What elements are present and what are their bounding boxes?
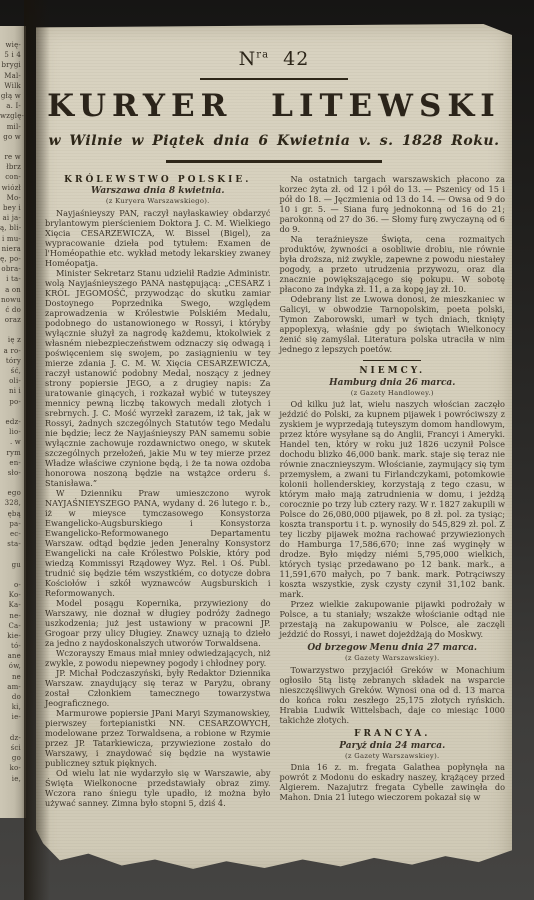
paragraph: Model posągu Kopernika, przywieziony do … [45, 598, 271, 648]
menu-paragraphs: Towarzystwo przyjaciół Greków w Monachiu… [280, 665, 506, 725]
newspaper-page: Nra 42 KURYER LITEWSKI w Wilnie w Piątek… [36, 24, 512, 874]
paragraph: Towarzystwo przyjaciół Greków w Monachiu… [280, 665, 506, 725]
adjacent-page-fragment: gu [0, 560, 26, 570]
adjacent-page-fragment: bey i [0, 203, 26, 213]
newspaper-title: KURYER LITEWSKI [36, 88, 512, 124]
paragraph: Od wielu lat nie wydarzyło się w Warszaw… [45, 768, 271, 808]
adjacent-page-fragment [0, 407, 26, 417]
adjacent-page-fragment [0, 723, 26, 733]
adjacent-page-fragment: ę, po- [0, 254, 26, 264]
warsaw-source-note: (z Kuryera Warszawskiego). [45, 197, 271, 205]
paragraph: Na ostatnich targach warszawskich płacon… [280, 174, 506, 234]
adjacent-page-fragment: ec- [0, 529, 26, 539]
adjacent-page-fragment: ie, [0, 774, 26, 784]
adjacent-page-fragment [0, 325, 26, 335]
adjacent-page-fragment: wię- [0, 40, 26, 50]
hamburg-source-note: (z Gazety Handlowey.) [280, 389, 506, 397]
adjacent-page-fragment: Mal- [0, 71, 26, 81]
paragraph: Wczorayszy Emaus miał mniey odwiedzający… [45, 648, 271, 668]
adjacent-page-fragment: pa- [0, 519, 26, 529]
adjacent-page-fragment: ko- [0, 763, 26, 773]
adjacent-page-fragment: mil- [0, 122, 26, 132]
germany-paragraphs: Od kilku już lat, wielu naszych włościan… [280, 399, 506, 639]
adjacent-page-fragment: a ro- [0, 346, 26, 356]
adjacent-page-fragment [0, 549, 26, 559]
adjacent-page-fragment: ego [0, 488, 26, 498]
adjacent-page-fragment: sta- [0, 539, 26, 549]
adjacent-page-fragment: ie- [0, 712, 26, 722]
adjacent-page-fragment: ane [0, 651, 26, 661]
adjacent-page-fragment [0, 478, 26, 488]
adjacent-page-fragment: tóry [0, 356, 26, 366]
adjacent-page-fragment: ść, [0, 366, 26, 376]
spacer [280, 725, 506, 728]
issue-number: Nra 42 [36, 48, 512, 70]
paragraph: Marmurowe popiersie JPani Maryi Szymanow… [45, 708, 271, 768]
adjacent-page-fragment: do [0, 692, 26, 702]
adjacent-page-fragment: kie- [0, 631, 26, 641]
adjacent-page-fragment: go w [0, 132, 26, 142]
spacer [280, 639, 506, 642]
adjacent-page-fragment: ne- [0, 611, 26, 621]
adjacent-page-fragment: i mu- [0, 234, 26, 244]
right-column: Na ostatnich targach warszawskich płacon… [280, 174, 506, 808]
adjacent-page-fragment: brygi [0, 60, 26, 70]
paragraph: JP. Michał Podczaszyński, były Redaktor … [45, 668, 271, 708]
adjacent-page-fragment: ki, [0, 702, 26, 712]
adjacent-page-fragment: sło- [0, 468, 26, 478]
adjacent-page-fragment: Ka- [0, 600, 26, 610]
menu-dateline: Od brzegow Menu dnia 27 marca. [280, 643, 506, 654]
adjacent-page-fragment: ębą [0, 509, 26, 519]
adjacent-page-fragment: go [0, 753, 26, 763]
adjacent-page-fragment: wzglę- [0, 111, 26, 121]
paragraph: Minister Sekretarz Stanu udzielił Radzie… [45, 268, 271, 488]
paragraph: Na teraźnieysze Święta, cena rozmaitych … [280, 234, 506, 294]
paragraph: W Dzienniku Praw umieszczono wyrok NAYJA… [45, 488, 271, 598]
adjacent-page-fragment: i ta- [0, 274, 26, 284]
adjacent-page-strip: wię-5 i 4brygiMal-Wilkgłą wa. I-wzglę-mi… [0, 26, 26, 818]
paragraph: Od kilku już lat, wielu naszych włościan… [280, 399, 506, 599]
adjacent-page-fragment: lio- [0, 427, 26, 437]
paragraph: Odebrany list ze Lwowa donosi, że mieszk… [280, 294, 506, 354]
article-columns: KRÓLEWSTWO POLSKIE. Warszawa dnia 8 kwie… [36, 163, 512, 808]
adjacent-page-fragment: re w [0, 152, 26, 162]
issue-prefix: N [239, 48, 257, 70]
adjacent-page-fragment: edz- [0, 417, 26, 427]
masthead-dateline: w Wilnie w Piątek dnia 6 Kwietnia v. s. … [36, 133, 512, 149]
adjacent-page-fragment: obra- [0, 264, 26, 274]
france-paragraphs: Dnia 16 z. m. fregata Galathea popłynęła… [280, 762, 506, 802]
adjacent-page-fragment: ne [0, 672, 26, 682]
adjacent-page-fragment: a. I- [0, 101, 26, 111]
paragraph: Nayjaśnieyszy PAN, raczył nayłaskawiey o… [45, 208, 271, 268]
adjacent-page-fragment: en- [0, 458, 26, 468]
adjacent-page-fragment: ię z [0, 335, 26, 345]
warsaw-dateline: Warszawa dnia 8 kwietnia. [45, 186, 271, 197]
adjacent-page-fragment: niera [0, 244, 26, 254]
paris-source-note: (z Gazety Warszawskiey). [280, 752, 506, 760]
adjacent-page-fragment: ą, bli- [0, 223, 26, 233]
section-heading-france: FRANCYA. [280, 729, 506, 740]
issue-superscript: ra [256, 50, 269, 61]
adjacent-page-fragments: wię-5 i 4brygiMal-Wilkgłą wa. I-wzglę-mi… [0, 26, 26, 784]
adjacent-page-fragment: 5 i 4 [0, 50, 26, 60]
hamburg-dateline: Hamburg dnia 26 marca. [280, 378, 506, 389]
adjacent-page-fragment [0, 570, 26, 580]
adjacent-page-fragment: o- [0, 580, 26, 590]
menu-source-note: (z Gazety Warszawskiey). [280, 654, 506, 662]
adjacent-page-fragment: Wilk [0, 81, 26, 91]
issue-divider-rule [200, 78, 348, 80]
adjacent-page-fragment: ści [0, 743, 26, 753]
market-news-paragraphs: Na ostatnich targach warszawskich płacon… [280, 174, 506, 354]
adjacent-page-fragment: oli- [0, 376, 26, 386]
adjacent-page-fragment: 328, [0, 498, 26, 508]
adjacent-page-fragment: łbrz [0, 162, 26, 172]
adjacent-page-fragment: rym [0, 448, 26, 458]
adjacent-page-fragment: Mo- [0, 193, 26, 203]
warsaw-news-paragraphs: Nayjaśnieyszy PAN, raczył nayłaskawiey o… [45, 208, 271, 808]
adjacent-page-fragment: wiózł [0, 183, 26, 193]
section-heading-kingdom-of-poland: KRÓLEWSTWO POLSKIE. [45, 175, 271, 186]
adjacent-page-fragment: dz- [0, 733, 26, 743]
adjacent-page-fragment: ni i [0, 386, 26, 396]
issue-value: 42 [283, 48, 309, 70]
adjacent-page-fragment: ć do [0, 305, 26, 315]
section-heading-germany: NIEMCY. [280, 366, 506, 377]
adjacent-page-fragment: am- [0, 682, 26, 692]
paris-dateline: Paryż dnia 24 marca. [280, 741, 506, 752]
paragraph: Dnia 16 z. m. fregata Galathea popłynęła… [280, 762, 506, 802]
adjacent-page-fragment: po- [0, 397, 26, 407]
adjacent-page-fragment: Ca- [0, 621, 26, 631]
adjacent-page-fragment: oraz [0, 315, 26, 325]
adjacent-page-fragment: ai ja- [0, 213, 26, 223]
adjacent-page-fragment: a on [0, 285, 26, 295]
adjacent-page-fragment: nowu [0, 295, 26, 305]
section-divider-rule [363, 360, 421, 362]
adjacent-page-fragment: con- [0, 172, 26, 182]
adjacent-page-fragment: Ko- [0, 590, 26, 600]
adjacent-page-fragment: głą w [0, 91, 26, 101]
adjacent-page-fragment: . w [0, 437, 26, 447]
adjacent-page-fragment: ów, [0, 661, 26, 671]
adjacent-page-fragment [0, 142, 26, 152]
paragraph: Przez wielkie zakupowanie pijawki podroż… [280, 599, 506, 639]
left-column: KRÓLEWSTWO POLSKIE. Warszawa dnia 8 kwie… [45, 174, 271, 808]
newspaper-scan: wię-5 i 4brygiMal-Wilkgłą wa. I-wzglę-mi… [0, 0, 534, 900]
masthead: Nra 42 KURYER LITEWSKI w Wilnie w Piątek… [36, 24, 512, 163]
adjacent-page-fragment: tó- [0, 641, 26, 651]
